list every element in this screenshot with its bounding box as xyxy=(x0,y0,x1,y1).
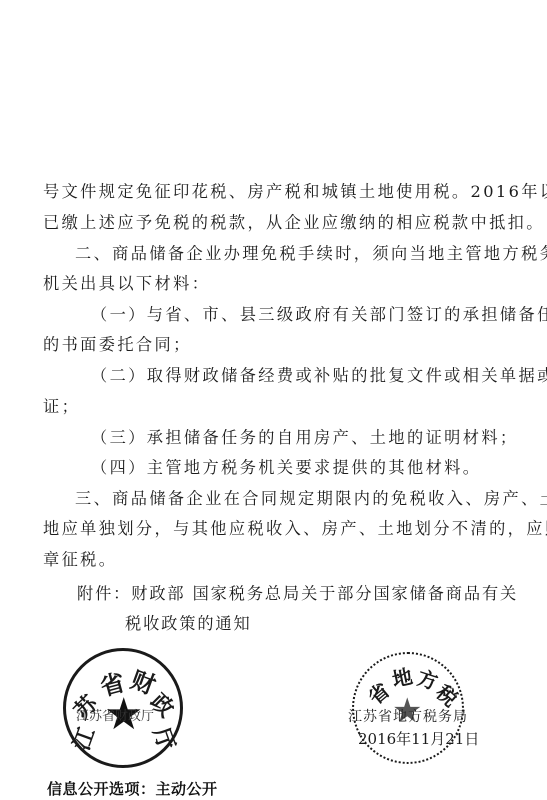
body-line: 号文件规定免征印花税、房产税和城镇土地使用税。2016年以后 xyxy=(43,182,547,202)
body-line: 二、商品储备企业办理免税手续时，须向当地主管地方税务 xyxy=(75,244,547,264)
body-line: 地应单独划分，与其他应税收入、房产、土地划分不清的，应照 xyxy=(43,519,547,539)
finance-dept-seal: 江 苏 省 财 政 厅 ★ 江苏省财政厅 xyxy=(63,648,183,768)
body-line: 的书面委托合同； xyxy=(43,335,192,355)
attachment-line-1: 附件：财政部 国家税务总局关于部分国家储备商品有关 xyxy=(77,584,518,604)
body-line: 三、商品储备企业在合同规定期限内的免税收入、房产、土 xyxy=(75,489,547,509)
body-line: （四）主管地方税务机关要求提供的其他材料。 xyxy=(91,458,481,478)
body-line: （三）承担储备任务的自用房产、土地的证明材料； xyxy=(91,428,519,448)
disclosure-option-label: 信息公开选项：主动公开 xyxy=(47,778,218,799)
issue-date: 2016年11月21日 xyxy=(358,728,479,749)
body-line: 章征税。 xyxy=(43,550,117,570)
seal-char: 地 xyxy=(389,660,415,693)
seal-char: 江 xyxy=(65,723,102,754)
seal-center-text: 江苏省财政厅 xyxy=(76,705,154,724)
body-line: 已缴上述应予免税的税款，从企业应缴纳的相应税款中抵扣。 xyxy=(43,213,545,233)
attachment-line-2: 税收政策的通知 xyxy=(125,614,252,634)
body-line: （二）取得财政储备经费或补贴的批复文件或相关单据或凭 xyxy=(91,366,547,386)
document-page: 号文件规定免征印花税、房产税和城镇土地使用税。2016年以后已缴上述应予免税的税… xyxy=(0,0,547,800)
body-line: 机关出具以下材料： xyxy=(43,274,210,294)
seal-char: 厅 xyxy=(147,723,184,754)
body-line: （一）与省、市、县三级政府有关部门签订的承担储备任务 xyxy=(91,305,547,325)
seal-center-text: 江苏省地方税务局 xyxy=(348,706,468,726)
seal-char: 省 xyxy=(361,675,395,710)
body-line: 证； xyxy=(43,397,80,417)
